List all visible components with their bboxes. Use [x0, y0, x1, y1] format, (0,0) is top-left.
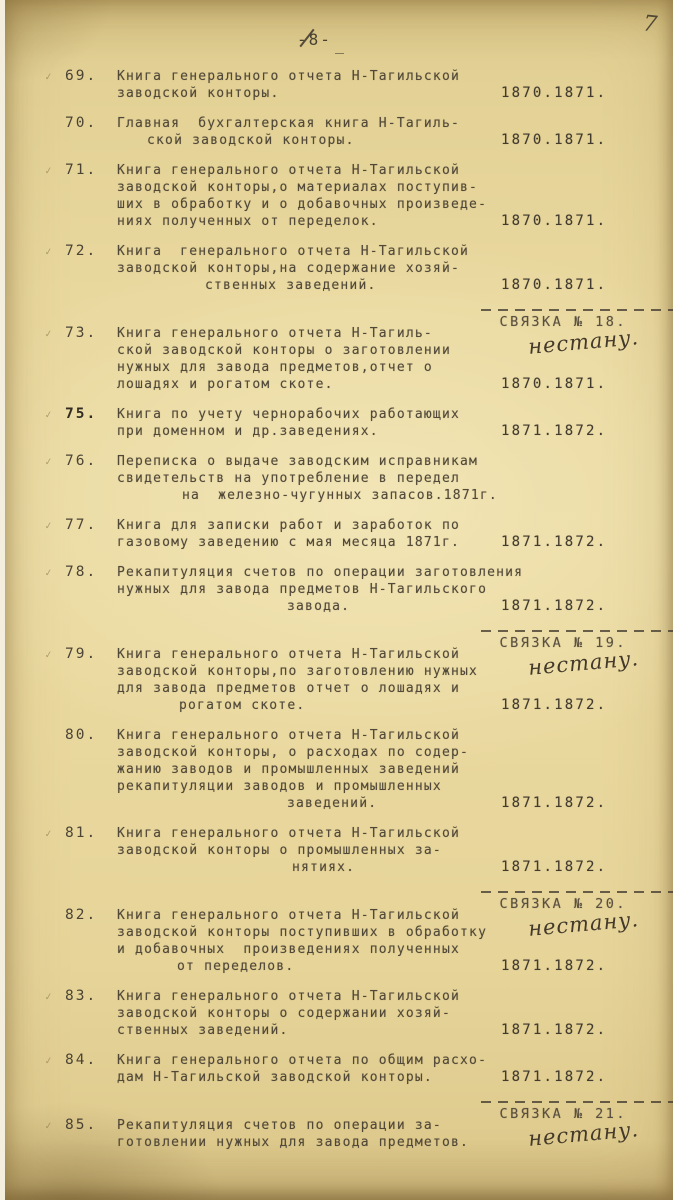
entry-description: Книга генерального отчета Н-Тагильскойза…	[117, 646, 489, 714]
inventory-entry-row: ✓83.Книга генерального отчета Н-Тагильск…	[45, 988, 673, 1039]
entry-number: 78.	[65, 564, 117, 581]
entry-description-line: при доменном и др.заведениях.	[117, 423, 379, 440]
entry-description-line: Книга генерального отчета по общим расхо…	[117, 1052, 487, 1069]
entry-description-line: заводской конторы поступивших в обработк…	[117, 924, 487, 941]
entries: ✓69.Книга генерального отчета Н-Тагильск…	[45, 68, 673, 1151]
check-mark-icon	[45, 114, 65, 117]
entry-years: 1871.1872.	[489, 534, 639, 551]
entry-description-line: и добавочных произведениях полученных	[117, 941, 460, 958]
check-mark-icon: ✓	[44, 824, 66, 842]
check-mark-icon	[45, 726, 65, 729]
dashed-divider-line	[481, 630, 673, 632]
entry-years: 1871.1872.	[489, 1069, 639, 1086]
entry-description-line: нужных для завода предметов,отчет о	[117, 359, 433, 376]
entry-description: Книга для записки работ и заработок пога…	[117, 517, 489, 551]
check-mark-icon: ✓	[44, 516, 66, 534]
entry-description: Рекапитуляция счетов по операции за-гото…	[117, 1117, 489, 1151]
entry-description-line: Рекапитуляция счетов по операции заготов…	[117, 564, 523, 581]
entry-description-line: газовому заведению с мая месяца 1871г.	[117, 534, 460, 551]
inventory-entry-row: ✓71.Книга генерального отчета Н-Тагильск…	[45, 162, 673, 230]
entry-years: 1870.1871.	[489, 132, 639, 149]
check-mark-icon: ✓	[44, 987, 66, 1005]
entry-description: Книга генерального отчета Н-Тагиль-ской …	[117, 325, 489, 393]
entry-number: 85.	[65, 1117, 117, 1134]
entry-description-line: заводской конторы.	[117, 85, 279, 102]
check-mark-icon: ✓	[44, 242, 66, 260]
entry-description-line: Книга по учету чернорабочих работающих	[117, 406, 460, 423]
check-mark-icon: ✓	[44, 405, 66, 423]
dashed-divider-line	[481, 891, 673, 893]
entry-number: 81.	[65, 825, 117, 842]
entry-years: 1871.1872.	[489, 859, 639, 876]
inventory-entry-row: ✓77.Книга для записки работ и заработок …	[45, 517, 673, 551]
entry-years: 1871.1872.	[489, 423, 639, 440]
entry-description-line: ственных заведений.	[117, 1022, 289, 1039]
entry-number: 71.	[65, 162, 117, 179]
entry-description-line: нужных для завода предметов Н-Тагильског…	[117, 581, 487, 598]
entry-description: Книга генерального отчета Н-Тагильскойза…	[117, 727, 489, 812]
entry-description-line: заведений.	[287, 795, 377, 812]
entry-description: Книга генерального отчета Н-Тагильскойза…	[117, 907, 489, 975]
inventory-entry-row: ✓84.Книга генерального отчета по общим р…	[45, 1052, 673, 1086]
entry-description-line: Книга генерального отчета Н-Тагильской	[117, 825, 460, 842]
entry-number: 72.	[65, 243, 117, 260]
entry-description-line: Книга генерального отчета Н-Тагильской	[117, 162, 460, 179]
entry-years: 1870.1871.	[489, 277, 639, 294]
entry-description-line: ших в обработку и о добавочных произведе…	[117, 196, 487, 213]
bundle-separator: СВЯЗКА № 20.нестану.	[45, 889, 673, 903]
header-underscore-mark: _	[335, 36, 344, 54]
entry-number: 76.	[65, 453, 117, 470]
entry-description-line: ской заводской конторы о заготовлении	[117, 342, 451, 359]
entry-description-line: Главная бухгалтерская книга Н-Тагиль-	[117, 115, 460, 132]
entry-description-line: завода.	[287, 598, 350, 615]
dashed-divider-line	[481, 1101, 673, 1103]
entry-description-line: заводской конторы,на содержание хозяй-	[117, 260, 460, 277]
check-mark-icon: ✓	[44, 1051, 66, 1069]
entry-description: Книга генерального отчета Н-Тагильскойза…	[117, 68, 489, 102]
entry-description: Книга генерального отчета Н-Тагильскойза…	[117, 243, 489, 294]
entry-description-line: заводской конторы,по заготовлению нужных	[117, 663, 478, 680]
entry-description-line: свидетельств на употребление в передел	[117, 470, 460, 487]
entry-description-line: заводской конторы о содержании хозяй-	[117, 1005, 451, 1022]
check-mark-icon: ✓	[44, 1116, 66, 1134]
entry-years: 1871.1872.	[489, 598, 639, 615]
inventory-entry-row: ✓72.Книга генерального отчета Н-Тагильск…	[45, 243, 673, 294]
entry-number: 80.	[65, 727, 117, 744]
entry-description: Переписка о выдаче заводским исправникам…	[117, 453, 489, 504]
entry-years: 1870.1871.	[489, 85, 639, 102]
entry-description-line: Книга генерального отчета Н-Тагильской	[117, 646, 460, 663]
entry-description-line: нятиях.	[292, 859, 355, 876]
handwritten-folio-number: 7	[642, 11, 659, 37]
check-mark-icon: ✓	[44, 161, 66, 179]
entry-years: 1870.1871.	[489, 213, 639, 230]
entry-years: 1871.1872.	[489, 795, 639, 812]
inventory-entry-row: ✓76.Переписка о выдаче заводским исправн…	[45, 453, 673, 504]
entry-description-line: ниях полученных от переделок.	[117, 213, 379, 230]
entry-years: 1871.1872.	[489, 958, 639, 975]
bundle-separator: СВЯЗКА № 18.нестану.	[45, 307, 673, 321]
check-mark-icon: ✓	[44, 563, 66, 581]
entry-description-line: Книга генерального отчета Н-Тагильской	[117, 243, 469, 260]
entry-description: Книга генерального отчета Н-Тагильскойза…	[117, 825, 489, 876]
entry-number: 69.	[65, 68, 117, 85]
entry-description-line: на железно-чугунных запасов.1871г.	[182, 487, 498, 504]
entry-description: Книга генерального отчета Н-Тагильскойза…	[117, 162, 489, 230]
entry-description-line: для завода предметов отчет о лошадях и	[117, 680, 460, 697]
entry-description-line: дам Н-Тагильской заводской конторы.	[117, 1069, 433, 1086]
page-header: -8- _ 7	[45, 28, 673, 68]
entry-years: 1870.1871.	[489, 376, 639, 393]
entry-description-line: готовлении нужных для завода предметов.	[117, 1134, 469, 1151]
inventory-entry-row: 70.Главная бухгалтерская книга Н-Тагиль-…	[45, 115, 673, 149]
entry-description-line: заводской конторы о промышленных за-	[117, 842, 442, 859]
entry-description-line: Книга генерального отчета Н-Тагильской	[117, 727, 460, 744]
entry-description-line: рогатом скоте.	[179, 697, 305, 714]
entry-description: Главная бухгалтерская книга Н-Тагиль-ско…	[117, 115, 489, 149]
entry-number: 75.	[65, 406, 117, 423]
check-mark-icon: ✓	[44, 645, 66, 663]
page-number-struck: -8-	[297, 30, 332, 49]
entry-description-line: рекапитуляции заводов и промышленных	[117, 778, 442, 795]
entry-description-line: заводской конторы,о материалах поступив-	[117, 179, 478, 196]
entry-description: Книга по учету чернорабочих работающихпр…	[117, 406, 489, 440]
entry-description-line: Переписка о выдаче заводским исправникам	[117, 453, 478, 470]
entry-description: Книга генерального отчета Н-Тагильскойза…	[117, 988, 489, 1039]
entry-number: 84.	[65, 1052, 117, 1069]
entry-description: Книга генерального отчета по общим расхо…	[117, 1052, 489, 1086]
entry-years: 1871.1872.	[489, 1022, 639, 1039]
entry-description-line: Книга генерального отчета Н-Тагильской	[117, 68, 460, 85]
entry-description-line: лошадях и рогатом скоте.	[117, 376, 334, 393]
entry-description-line: от переделов.	[177, 958, 294, 975]
entry-number: 83.	[65, 988, 117, 1005]
entry-description-line: Книга генерального отчета Н-Тагильской	[117, 988, 460, 1005]
bundle-separator: СВЯЗКА № 19.нестану.	[45, 628, 673, 642]
inventory-entry-row: ✓78.Рекапитуляция счетов по операции заг…	[45, 564, 673, 615]
check-mark-icon: ✓	[44, 452, 66, 470]
bundle-separator: СВЯЗКА № 21.нестану.	[45, 1099, 673, 1113]
entry-years: 1871.1872.	[489, 697, 639, 714]
entry-description-line: Книга генерального отчета Н-Тагиль-	[117, 325, 433, 342]
check-mark-icon: ✓	[44, 67, 66, 85]
entry-description: Рекапитуляция счетов по операции заготов…	[117, 564, 489, 615]
entry-number: 79.	[65, 646, 117, 663]
entry-description-line: ственных заведений.	[205, 277, 377, 294]
dashed-divider-line	[481, 309, 673, 311]
entry-description-line: Книга генерального отчета Н-Тагильской	[117, 907, 460, 924]
entry-number: 70.	[65, 115, 117, 132]
inventory-entry-row: ✓81.Книга генерального отчета Н-Тагильск…	[45, 825, 673, 876]
page-content: -8- _ 7 ✓69.Книга генерального отчета Н-…	[0, 0, 673, 1151]
entry-number: 82.	[65, 907, 117, 924]
entry-number: 77.	[65, 517, 117, 534]
entry-description-line: заводской конторы, о расходах по содер-	[117, 744, 469, 761]
entry-description-line: ской заводской конторы.	[147, 132, 355, 149]
entry-number: 73.	[65, 325, 117, 342]
entry-description-line: жанию заводов и промышленных заведений	[117, 761, 460, 778]
inventory-entry-row: ✓69.Книга генерального отчета Н-Тагильск…	[45, 68, 673, 102]
entry-description-line: Рекапитуляция счетов по операции за-	[117, 1117, 442, 1134]
document-scan-page: -8- _ 7 ✓69.Книга генерального отчета Н-…	[0, 0, 673, 1200]
inventory-entry-row: ✓75.Книга по учету чернорабочих работающ…	[45, 406, 673, 440]
entry-description-line: Книга для записки работ и заработок по	[117, 517, 460, 534]
check-mark-icon	[45, 906, 65, 909]
inventory-entry-row: 80.Книга генерального отчета Н-Тагильско…	[45, 727, 673, 812]
check-mark-icon: ✓	[44, 324, 66, 342]
